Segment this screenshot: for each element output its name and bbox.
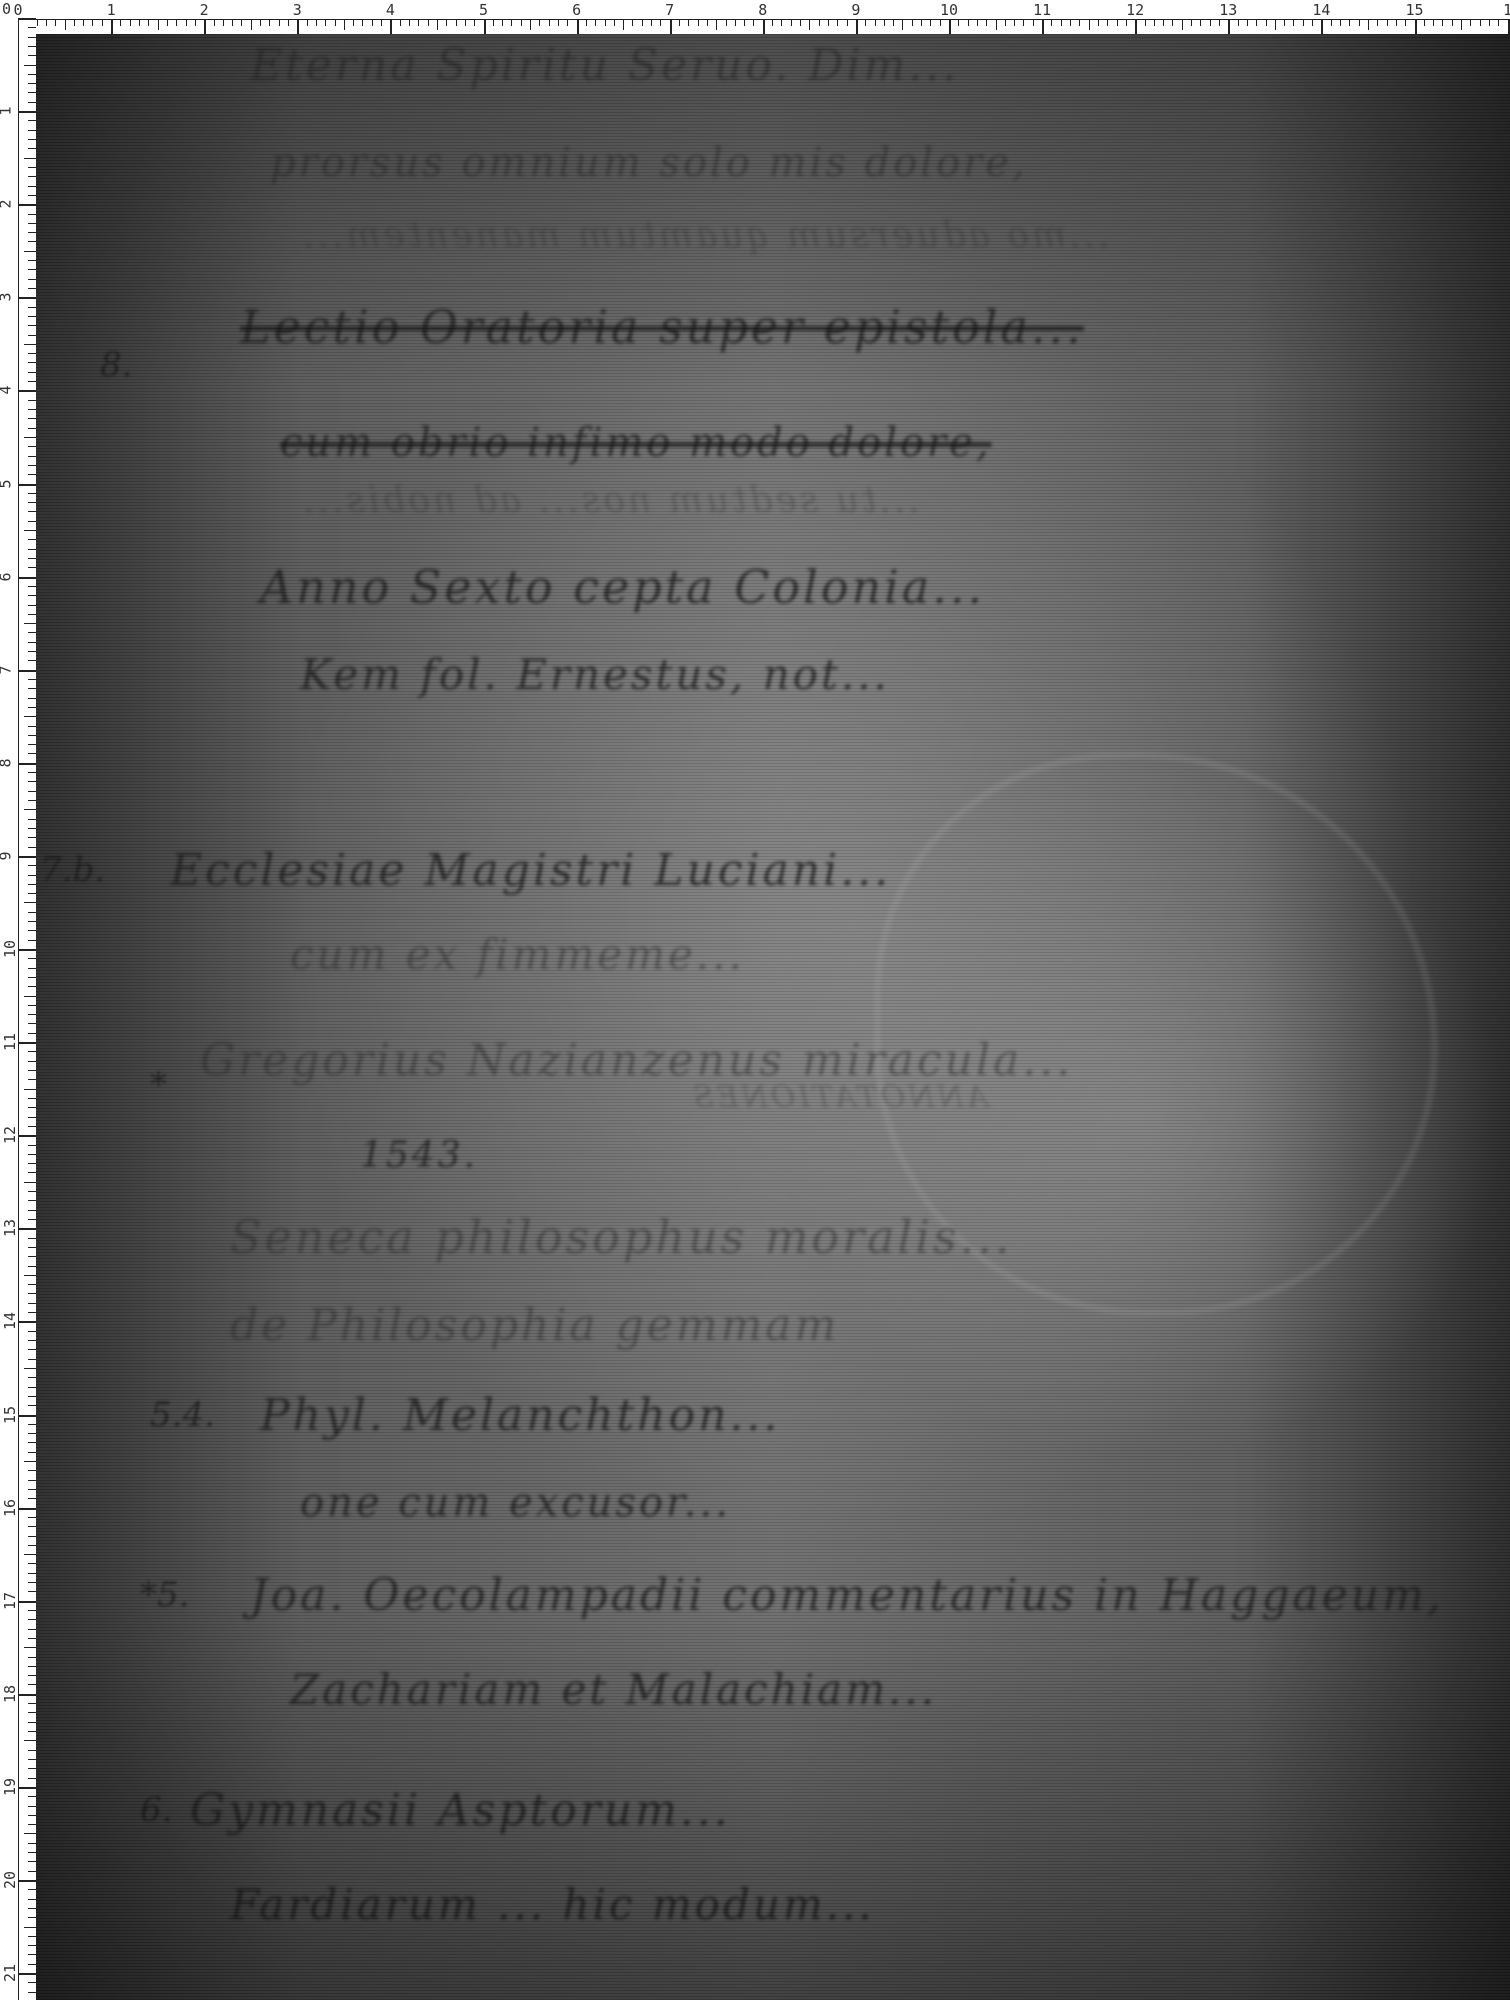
ruler-tick (1489, 20, 1490, 26)
ruler-tick (28, 1405, 36, 1406)
ruler-tick (28, 735, 36, 736)
ruler-tick (28, 1629, 36, 1630)
ruler-tick (1266, 20, 1267, 26)
ruler-tick (493, 20, 494, 26)
ruler-tick (28, 679, 36, 680)
ruler-tick (1331, 20, 1332, 26)
ruler-tick (24, 1461, 36, 1462)
ruler-tick (28, 651, 36, 652)
ruler-tick (28, 1666, 36, 1667)
ruler-tick (28, 1917, 36, 1918)
ruler-tick (530, 20, 531, 30)
ruler-tick (28, 1200, 36, 1201)
ruler-tick (1089, 20, 1090, 30)
ruler-tick (28, 130, 36, 131)
ruler-tick (37, 20, 38, 26)
ruler-tick (28, 1079, 36, 1080)
ruler-tick (1303, 20, 1304, 26)
ruler-tick (1005, 20, 1006, 26)
ruler-tick (28, 791, 36, 792)
ruler-tick (19, 484, 36, 486)
ruler-label: 17 (1, 1592, 19, 1610)
ruler-tick (930, 20, 931, 26)
ruler-tick (1284, 20, 1285, 26)
ruler-tick (1126, 20, 1127, 26)
ruler-tick (28, 1396, 36, 1397)
ruler-tick (297, 20, 299, 34)
manuscript-line: Gymnasii Asptorum... (190, 1785, 731, 1836)
ruler-tick (511, 20, 512, 26)
ruler-tick (19, 856, 36, 858)
ruler-tick (344, 20, 345, 30)
ruler-tick (28, 1619, 36, 1620)
ruler-tick (28, 1675, 36, 1676)
ruler-label: 4 (386, 1, 395, 19)
ruler-label: 8 (0, 758, 15, 767)
ruler-tick (24, 996, 36, 997)
ruler-tick (753, 20, 754, 26)
ruler-tick (55, 20, 56, 26)
ruler-tick (19, 111, 36, 113)
ruler-tick (19, 1694, 36, 1696)
ruler-tick (28, 1852, 36, 1853)
ruler-tick (65, 20, 66, 30)
ruler-tick (24, 1647, 36, 1648)
ruler-tick (28, 595, 36, 596)
ruler-tick (232, 20, 233, 26)
ruler-label: 12 (1126, 1, 1144, 19)
ruler-tick (521, 20, 522, 26)
ruler-label: 6 (0, 572, 15, 581)
ruler-tick (418, 20, 419, 26)
ruler-tick (24, 902, 36, 903)
manuscript-line: Kem fol. Ernestus, not... (300, 650, 890, 699)
ruler-tick (279, 20, 280, 26)
ruler-tick (28, 37, 36, 38)
ruler-tick (83, 20, 84, 26)
ruler-tick (28, 893, 36, 894)
ruler-tick (28, 1498, 36, 1499)
ruler-tick (130, 20, 131, 26)
ruler-tick (28, 1954, 36, 1955)
ruler-tick (893, 20, 894, 26)
manuscript-line: ...tu sedtum nos... ad nobis... (300, 480, 920, 521)
ruler-tick (24, 158, 36, 159)
ruler-tick (1387, 20, 1388, 26)
ruler-tick (28, 269, 36, 270)
ruler-tick (1219, 20, 1220, 26)
ruler-tick (19, 297, 36, 299)
ruler-tick (19, 1228, 36, 1230)
ruler-tick (111, 20, 113, 34)
ruler-tick (837, 20, 838, 26)
ruler-tick (28, 335, 36, 336)
ruler-tick (28, 55, 36, 56)
ruler-tick (940, 20, 941, 26)
ruler-tick (19, 763, 36, 765)
ruler-tick (1368, 20, 1369, 30)
ruler-tick (214, 20, 215, 26)
ruler-tick (623, 20, 624, 30)
ruler-tick (28, 1126, 36, 1127)
ruler-tick (1191, 20, 1192, 26)
entry-number: 5.4. (150, 1395, 215, 1435)
ruler-tick (19, 1508, 36, 1510)
ruler-tick (28, 493, 36, 494)
ruler-tick (19, 1601, 36, 1603)
ruler-tick (1349, 20, 1350, 26)
ruler-tick (28, 1722, 36, 1723)
ruler-tick (19, 577, 36, 579)
ruler-tick (19, 670, 36, 672)
ruler-tick (28, 1014, 36, 1015)
ruler-tick (28, 698, 36, 699)
ruler-tick (1200, 20, 1201, 26)
ruler-tick (28, 1843, 36, 1844)
ruler-tick (92, 20, 93, 26)
ruler-tick (195, 20, 196, 26)
entry-number: * (150, 1065, 167, 1105)
ruler-tick (28, 1992, 36, 1993)
ruler-label: 18 (1, 1685, 19, 1703)
ruler-tick (1247, 20, 1248, 26)
ruler-tick (19, 204, 36, 206)
manuscript-line: cum obrio infimo modo dolore, (280, 420, 992, 466)
ruler-tick (28, 1712, 36, 1713)
ruler-tick (19, 949, 36, 951)
ruler-label: 11 (1033, 1, 1051, 19)
ruler-tick (484, 20, 486, 34)
ruler-tick (28, 1582, 36, 1583)
ruler-tick (28, 1070, 36, 1071)
ruler-label: 13 (1, 1219, 19, 1237)
ruler-tick (28, 1806, 36, 1807)
ruler-tick (1210, 20, 1211, 26)
ruler-tick (707, 20, 708, 26)
ruler-tick (28, 884, 36, 885)
ruler-tick (688, 20, 689, 26)
ruler-tick (19, 1973, 36, 1975)
manuscript-line: Gregorius Nazianzenus miracula... (200, 1035, 1073, 1086)
ruler-tick (670, 20, 672, 34)
ruler-tick (28, 1163, 36, 1164)
ruler-tick (28, 940, 36, 941)
ruler-tick (28, 1340, 36, 1341)
entry-number: *5. (140, 1575, 189, 1615)
ruler-tick (390, 20, 392, 34)
ruler-tick (28, 1219, 36, 1220)
ruler-tick (28, 214, 36, 215)
ruler-tick (28, 1731, 36, 1732)
ruler-tick (28, 456, 36, 457)
ruler-tick (28, 586, 36, 587)
ruler-origin-label: 0 (2, 0, 11, 18)
ruler-tick (28, 1889, 36, 1890)
ruler-tick (28, 307, 36, 308)
ruler-tick (28, 865, 36, 866)
ruler-tick (19, 1415, 36, 1417)
ruler-tick (28, 362, 36, 363)
ruler-tick (24, 251, 36, 252)
ruler-tick (28, 1470, 36, 1471)
ruler-tick (1023, 20, 1024, 26)
ruler-tick (28, 986, 36, 987)
ruler-tick (1415, 20, 1417, 34)
ruler-tick (28, 744, 36, 745)
ruler-tick (549, 20, 550, 26)
entry-number: 7.b. (40, 850, 105, 890)
ruler-tick (28, 400, 36, 401)
ruler-label: 14 (1312, 1, 1330, 19)
ruler-tick (1182, 20, 1183, 30)
ruler-label: 16 (1, 1499, 19, 1517)
ruler-tick (456, 20, 457, 26)
ruler-tick (1461, 20, 1462, 30)
ruler-tick (74, 20, 75, 26)
ruler-tick (28, 92, 36, 93)
ruler-tick (1321, 20, 1323, 34)
ruler-tick (307, 20, 308, 26)
manuscript-line: prorsus omnium solo mis dolore, (270, 140, 1028, 186)
ruler-tick (856, 20, 858, 34)
ruler-tick (28, 1247, 36, 1248)
ruler-tick (28, 1293, 36, 1294)
ruler-tick (1498, 20, 1499, 26)
ruler-tick (614, 20, 615, 26)
ruler-tick (28, 316, 36, 317)
ruler-tick (884, 20, 885, 26)
ruler-tick (353, 20, 354, 26)
ruler-tick (28, 958, 36, 959)
ruler-tick (28, 148, 36, 149)
ruler-label: 19 (1, 1778, 19, 1796)
ruler-label: 6 (572, 1, 581, 19)
ruler-tick (28, 1312, 36, 1313)
ruler-tick (28, 381, 36, 382)
ruler-tick (28, 837, 36, 838)
ruler-tick (1396, 20, 1397, 26)
ruler-tick (1070, 20, 1071, 26)
ruler-tick (865, 20, 866, 26)
ruler-tick (28, 1387, 36, 1388)
ruler-tick (28, 1563, 36, 1564)
ruler-tick (595, 20, 596, 26)
ruler-tick (24, 716, 36, 717)
ruler-tick (28, 567, 36, 568)
ruler-tick (28, 1424, 36, 1425)
ruler-tick (28, 1684, 36, 1685)
ruler-tick (28, 176, 36, 177)
ruler-tick (539, 20, 540, 26)
ruler-tick (204, 20, 206, 34)
ruler-tick (28, 1331, 36, 1332)
manuscript-scan: Eterna Spiritu Seruo. Dim...prorsus omni… (36, 34, 1510, 2000)
ruler-tick (24, 530, 36, 531)
ruler-label: 8 (758, 1, 767, 19)
ruler-tick (28, 325, 36, 326)
ruler-tick (28, 1657, 36, 1658)
ruler-tick (24, 1833, 36, 1834)
ruler-tick (316, 20, 317, 26)
ruler-tick (28, 1610, 36, 1611)
ruler-tick (24, 1275, 36, 1276)
ruler-tick (28, 502, 36, 503)
ruler-tick (28, 1191, 36, 1192)
ruler-tick (875, 20, 876, 26)
ruler-label: 10 (1, 940, 19, 958)
ruler-tick (1340, 20, 1341, 26)
ruler-tick (772, 20, 773, 26)
ruler-tick (28, 241, 36, 242)
manuscript-line: Eterna Spiritu Seruo. Dim... (250, 40, 959, 91)
manuscript-line: Phyl. Melanchthon... (260, 1390, 780, 1441)
ruler-tick (251, 20, 252, 30)
ruler-tick (28, 1945, 36, 1946)
ruler-tick (586, 20, 587, 26)
ruler-label: 13 (1219, 1, 1237, 19)
ruler-tick (726, 20, 727, 26)
ruler-tick (28, 875, 36, 876)
ruler-tick (28, 828, 36, 829)
ruler-tick (1079, 20, 1080, 26)
ruler-tick (968, 20, 969, 26)
ruler-tick (28, 1051, 36, 1052)
ruler-tick (28, 921, 36, 922)
ruler-tick (19, 1135, 36, 1137)
ruler-tick (28, 1573, 36, 1574)
ruler-tick (1163, 20, 1164, 26)
ruler-tick (28, 102, 36, 103)
ruler-tick (28, 1098, 36, 1099)
manuscript-line: Lectio Oratoria super epistola... (240, 300, 1084, 354)
ruler-tick (28, 1107, 36, 1108)
ruler-tick (651, 20, 652, 26)
ruler-tick (28, 1303, 36, 1304)
ruler-tick (28, 1023, 36, 1024)
ruler-tick (28, 1861, 36, 1862)
manuscript-line: Ecclesiae Magistri Luciani... (170, 845, 891, 896)
ruler-tick (28, 1061, 36, 1062)
ruler-tick (260, 20, 261, 26)
ruler-tick (28, 409, 36, 410)
ruler-tick (679, 20, 680, 26)
ruler-label: 21 (1, 1964, 19, 1982)
ruler-tick (19, 18, 36, 20)
ruler-tick (28, 1489, 36, 1490)
ruler-tick (28, 1433, 36, 1434)
ruler-tick (977, 20, 978, 26)
ruler-tick (28, 539, 36, 540)
ruler-tick (28, 1982, 36, 1983)
ruler-tick (158, 20, 159, 30)
ruler-tick (19, 1321, 36, 1323)
ruler-tick (28, 1033, 36, 1034)
ruler-tick (24, 623, 36, 624)
ruler-tick (28, 1517, 36, 1518)
ruler-tick (1117, 20, 1118, 26)
ruler-tick (28, 1154, 36, 1155)
ruler-tick (28, 353, 36, 354)
ruler-tick (28, 660, 36, 661)
ruler-tick (335, 20, 336, 26)
ruler-tick (28, 418, 36, 419)
ruler-tick (28, 707, 36, 708)
manuscript-line: cum ex fimmeme... (290, 930, 745, 979)
ruler-tick (372, 20, 373, 26)
ruler-tick (605, 20, 606, 26)
ruler-tick (28, 232, 36, 233)
ruler-tick (24, 1740, 36, 1741)
ruler-tick (912, 20, 913, 26)
manuscript-line: de Philosophia gemmam (230, 1300, 839, 1351)
ruler-tick (28, 521, 36, 522)
ruler-tick (28, 1256, 36, 1257)
ruler-tick (24, 437, 36, 438)
ruler-tick (28, 753, 36, 754)
ruler-tick (1014, 20, 1015, 26)
ruler-tick (28, 1964, 36, 1965)
ruler-label: 15 (1, 1405, 19, 1423)
ruler-tick (28, 74, 36, 75)
ruler-tick (800, 20, 801, 26)
ruler-label: 5 (479, 1, 488, 19)
ruler-tick (28, 1526, 36, 1527)
ruler-tick (269, 20, 270, 26)
ruler-tick (28, 1750, 36, 1751)
ruler-tick (102, 20, 103, 26)
ruler-tick (19, 390, 36, 392)
ruler-tick (28, 279, 36, 280)
ruler-tick (1424, 20, 1425, 26)
ruler-tick (28, 1349, 36, 1350)
entry-number: 8. (100, 345, 132, 385)
ruler-tick (28, 1172, 36, 1173)
ruler-tick (1359, 20, 1360, 26)
ruler-label: 20 (1, 1871, 19, 1889)
ruler-tick (1480, 20, 1481, 26)
ruler-tick (642, 20, 643, 26)
ruler-tick (28, 1759, 36, 1760)
ruler-tick (24, 65, 36, 66)
ruler-tick (28, 1005, 36, 1006)
manuscript-line: 1543. (360, 1135, 478, 1176)
ruler-tick (28, 1796, 36, 1797)
ruler-tick (986, 20, 987, 26)
ruler-label: 4 (0, 386, 15, 395)
ruler-tick (446, 20, 447, 26)
ruler-tick (437, 20, 438, 30)
ruler-tick (28, 1871, 36, 1872)
ruler-tick (28, 1908, 36, 1909)
ruler-tick (24, 1182, 36, 1183)
ruler-tick (1051, 20, 1052, 26)
ruler-tick (1098, 20, 1099, 26)
ruler-tick (465, 20, 466, 26)
ruler-tick (1293, 20, 1294, 26)
ruler-tick (28, 847, 36, 848)
ruler-tick (28, 195, 36, 196)
ruler-tick (28, 642, 36, 643)
ruler-tick (28, 1899, 36, 1900)
ruler-tick (24, 809, 36, 810)
ruler-tick (996, 20, 997, 30)
manuscript-line: ANNOTATIONES (690, 1080, 988, 1115)
ruler-tick (428, 20, 429, 26)
vertical-cm-ruler: 123456789101112131415161718192021 (0, 18, 36, 2000)
ruler-tick (949, 20, 951, 34)
ruler-tick (28, 558, 36, 559)
ruler-tick (28, 1778, 36, 1779)
